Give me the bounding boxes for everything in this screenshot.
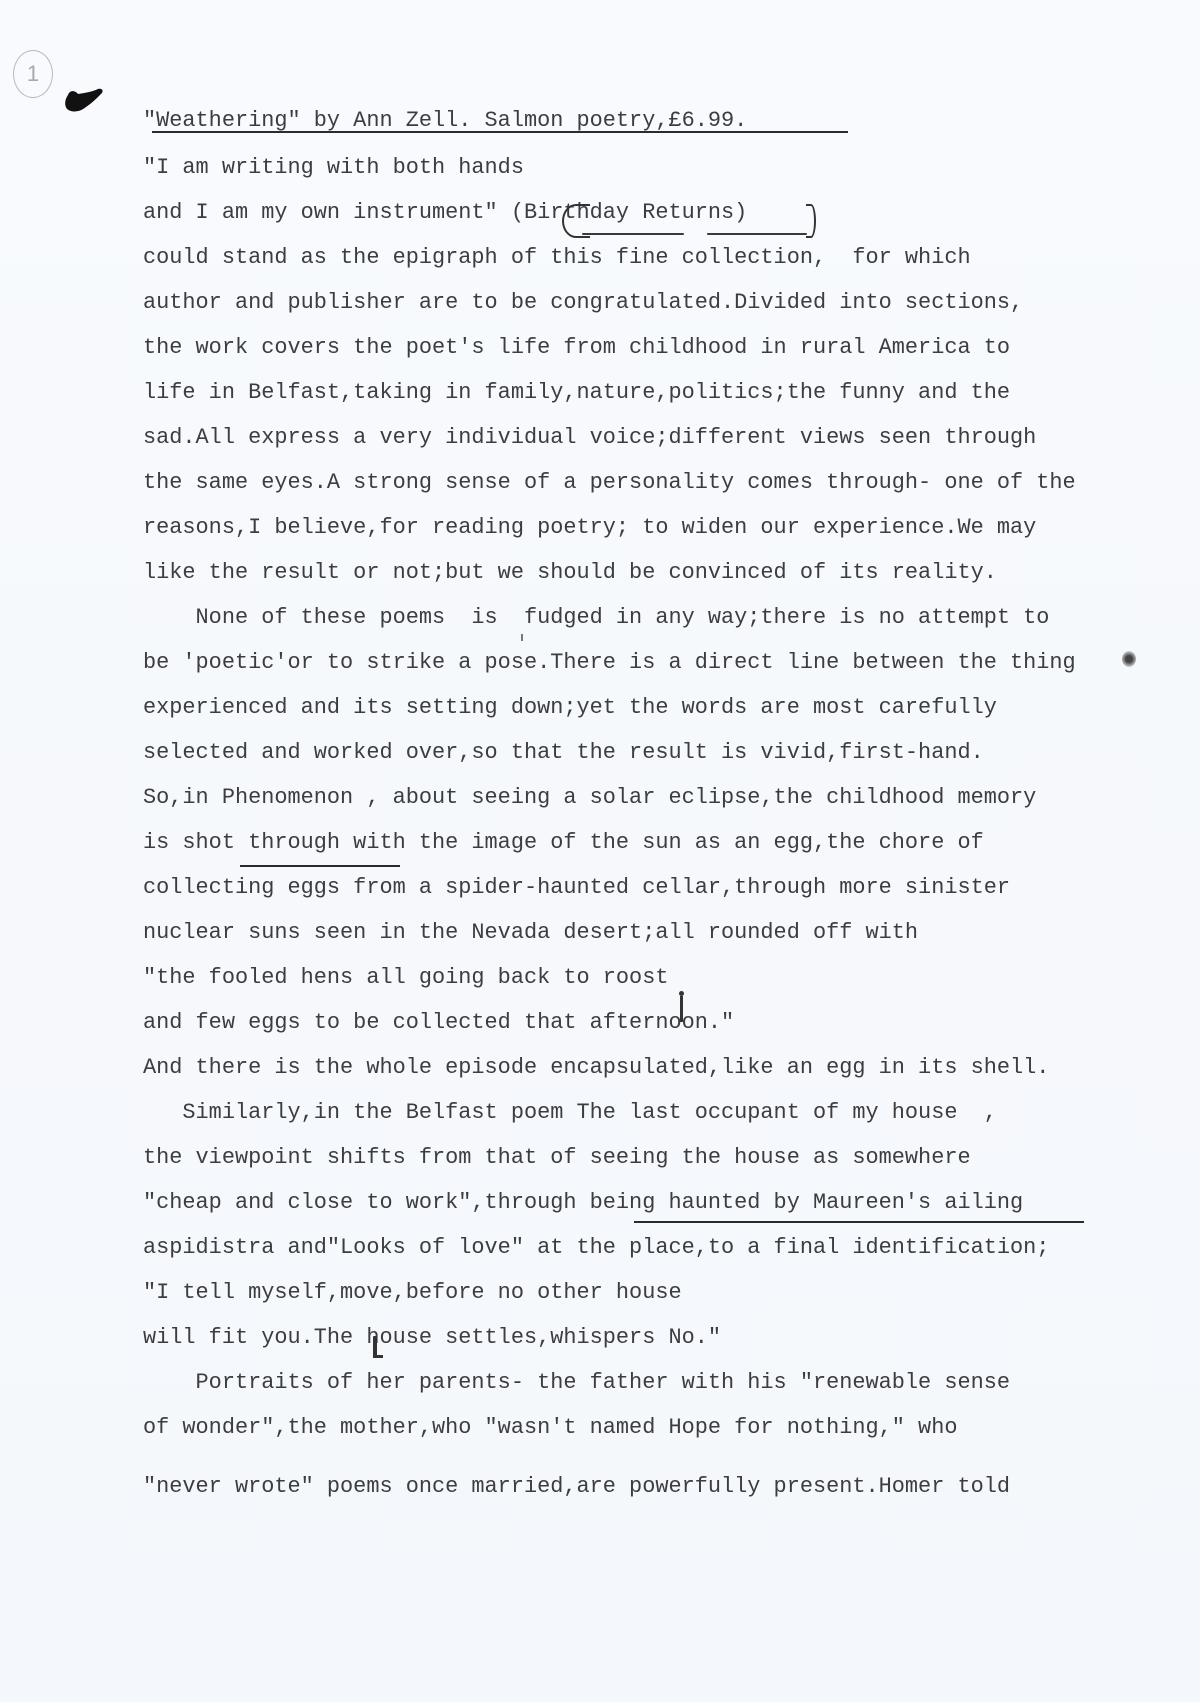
text-line: like the result or not;but we should be … [143, 560, 997, 586]
phenomenon-underline [240, 865, 400, 867]
title-underline [152, 131, 848, 133]
text-line: And there is the whole episode encapsula… [143, 1055, 1049, 1081]
ink-blot-icon [62, 85, 107, 117]
text-line: "I tell myself,move,before no other hous… [143, 1280, 682, 1306]
handwritten-bracket-right [806, 204, 816, 238]
page-number-circle: 1 [13, 50, 53, 98]
text-line: is shot through with the image of the su… [143, 830, 984, 856]
text-line: the work covers the poet's life from chi… [143, 335, 1010, 361]
text-line: be 'poetic'or to strike a pose.There is … [143, 650, 1076, 676]
text-line: Portraits of her parents- the father wit… [143, 1370, 1010, 1396]
text-line: selected and worked over,so that the res… [143, 740, 984, 766]
ink-correction-mark [1122, 651, 1136, 667]
text-line: "cheap and close to work",through being … [143, 1190, 1023, 1216]
text-line: the viewpoint shifts from that of seeing… [143, 1145, 971, 1171]
text-line: "I am writing with both hands [143, 155, 524, 181]
text-line: experienced and its setting down;yet the… [143, 695, 997, 721]
text-line: of wonder",the mother,who "wasn't named … [143, 1415, 957, 1441]
text-line: will fit you.The house settles,whispers … [143, 1325, 721, 1351]
occupant-underline [634, 1221, 1084, 1223]
text-line: collecting eggs from a spider-haunted ce… [143, 875, 1010, 901]
text-line: aspidistra and"Looks of love" at the pla… [143, 1235, 1049, 1261]
handwritten-semicolon-stroke [680, 996, 683, 1022]
text-line: author and publisher are to be congratul… [143, 290, 1023, 316]
text-line: reasons,I believe,for reading poetry; to… [143, 515, 1036, 541]
text-line: nuclear suns seen in the Nevada desert;a… [143, 920, 918, 946]
text-line: None of these poems is fudged in any way… [143, 605, 1049, 631]
text-line: Similarly,in the Belfast poem The last o… [143, 1100, 997, 1126]
document-page: 1 "Weathering" by Ann Zell. Salmon poetr… [0, 0, 1200, 1702]
text-line: "never wrote" poems once married,are pow… [143, 1474, 1010, 1500]
handwritten-underline-returns [707, 233, 807, 235]
text-line: the same eyes.A strong sense of a person… [143, 470, 1076, 496]
text-line: and I am my own instrument" (Birthday Re… [143, 200, 747, 226]
text-line: sad.All express a very individual voice;… [143, 425, 1036, 451]
handwritten-caret [521, 634, 523, 641]
text-line: life in Belfast,taking in family,nature,… [143, 380, 1010, 406]
text-line: could stand as the epigraph of this fine… [143, 245, 971, 271]
text-line: and few eggs to be collected that aftern… [143, 1010, 734, 1036]
text-line: "the fooled hens all going back to roost [143, 965, 668, 991]
text-line: So,in Phenomenon , about seeing a solar … [143, 785, 1036, 811]
handwritten-L-foot [373, 1355, 383, 1358]
handwritten-underline-birthday [582, 233, 684, 235]
